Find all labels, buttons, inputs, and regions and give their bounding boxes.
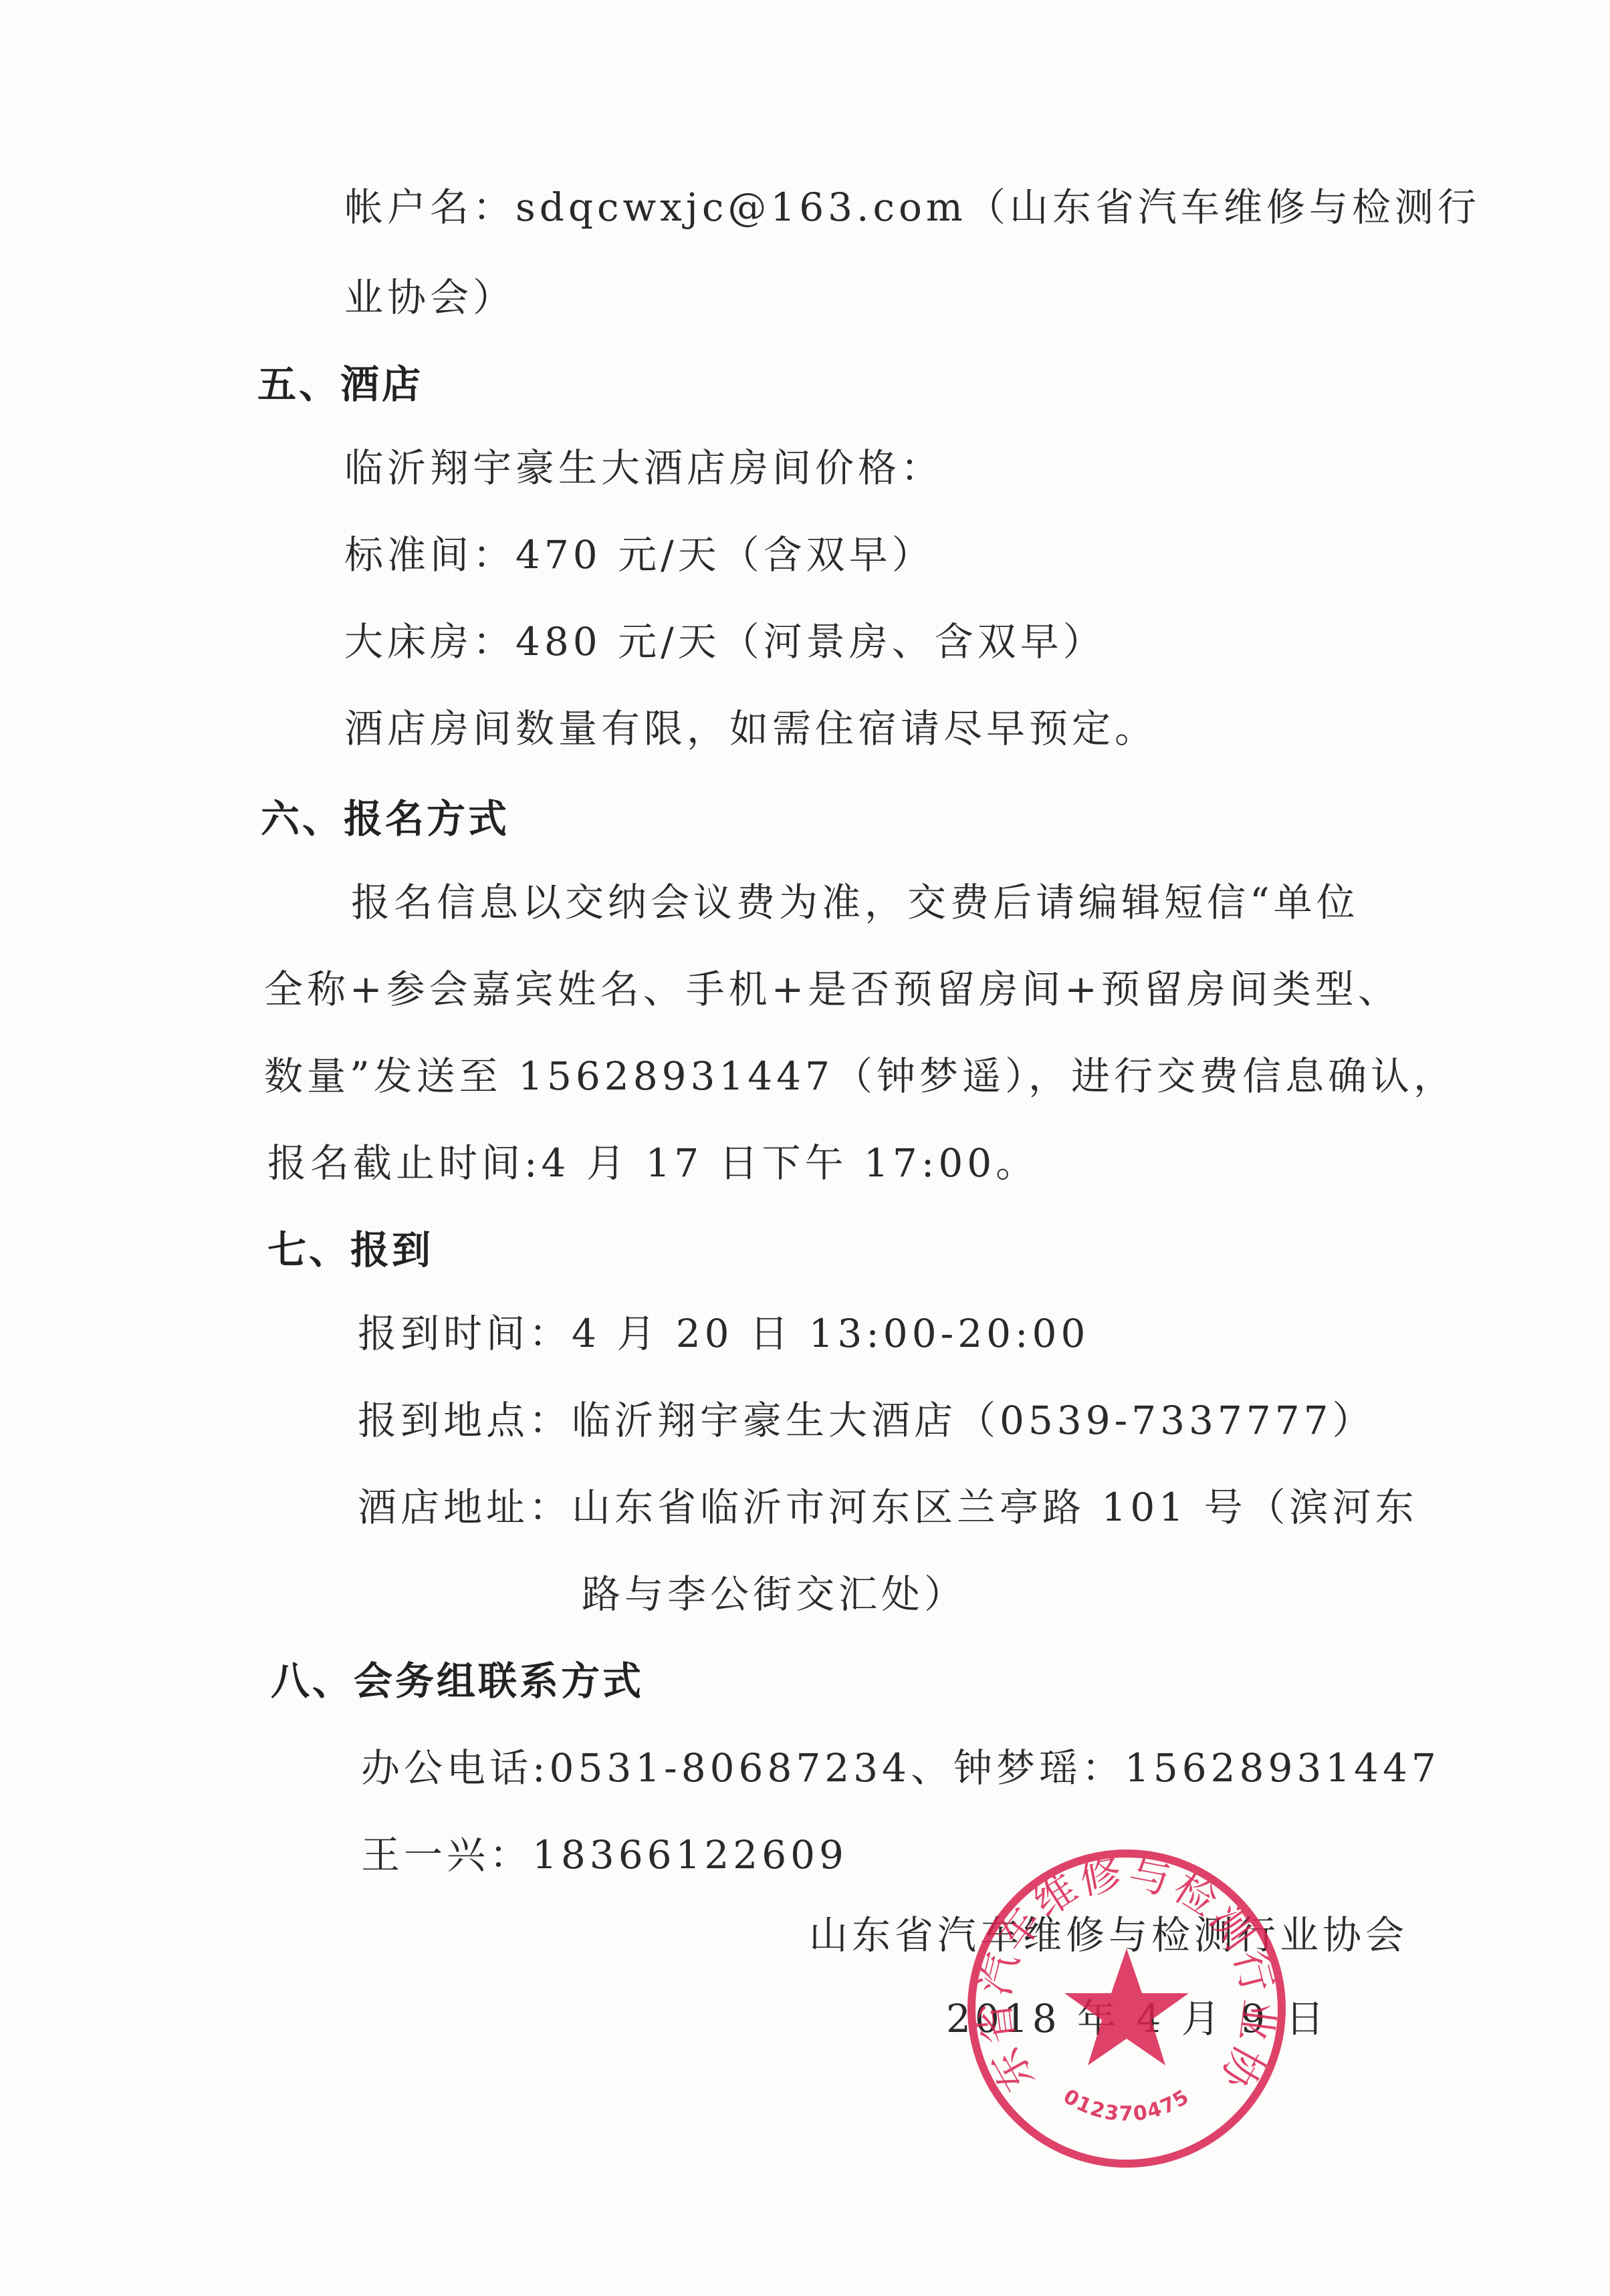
section-heading-contact: 八、会务组联系方式 xyxy=(271,1658,644,1704)
account-name-line: 帐户名：sdqcwxjc@163.com（山东省汽车维修与检测行 xyxy=(344,184,1480,231)
section-heading-checkin: 七、报到 xyxy=(267,1227,433,1273)
registration-deadline: 报名截止时间:4 月 17 日下午 17:00。 xyxy=(267,1140,1038,1186)
hotel-standard-room: 标准间：470 元/天（含双早） xyxy=(344,531,935,578)
registration-line-1: 报名信息以交纳会议费为准，交费后请编辑短信“单位 xyxy=(351,879,1359,926)
contact-wang: 王一兴：18366122609 xyxy=(361,1831,848,1878)
svg-text:3701237047555: 3701237047555 xyxy=(963,1845,1194,2126)
hotel-address: 酒店地址：山东省临沂市河东区兰亭路 101 号（滨河东 xyxy=(358,1484,1418,1531)
contact-office-phone: 办公电话:0531-80687234、钟梦瑶：15628931447 xyxy=(361,1745,1440,1791)
seal-code: 3701237047555 xyxy=(963,1845,1194,2126)
account-name-line-cont: 业协会） xyxy=(344,274,515,321)
hotel-limited-note: 酒店房间数量有限，如需住宿请尽早预定。 xyxy=(344,705,1157,752)
document-page: 帐户名：sdqcwxjc@163.com（山东省汽车维修与检测行 业协会） 五、… xyxy=(0,0,1610,2296)
hotel-king-room: 大床房：480 元/天（河景房、含双早） xyxy=(344,618,1106,665)
checkin-time: 报到时间：4 月 20 日 13:00-20:00 xyxy=(358,1310,1089,1357)
signature-organization: 山东省汽车维修与检测行业协会 xyxy=(809,1912,1408,1958)
seal-arc-text: 山东省汽车维修与检测行业协会 xyxy=(963,1845,1284,2100)
svg-text:山东省汽车维修与检测行业协会: 山东省汽车维修与检测行业协会 xyxy=(963,1845,1284,2100)
registration-line-3: 数量”发送至 15628931447（钟梦遥），进行交费信息确认， xyxy=(264,1053,1456,1100)
hotel-address-cont: 路与李公街交汇处） xyxy=(582,1571,967,1618)
section-heading-registration: 六、报名方式 xyxy=(261,795,509,842)
signature-date: 2018 年 4 月 9 日 xyxy=(946,1995,1329,2042)
registration-line-2: 全称+参会嘉宾姓名、手机+是否预留房间+预留房间类型、 xyxy=(264,966,1401,1013)
hotel-price-intro: 临沂翔宇豪生大酒店房间价格： xyxy=(344,444,943,491)
checkin-location: 报到地点：临沂翔宇豪生大酒店（0539-7337777） xyxy=(358,1397,1375,1444)
section-heading-hotel: 五、酒店 xyxy=(257,361,423,408)
